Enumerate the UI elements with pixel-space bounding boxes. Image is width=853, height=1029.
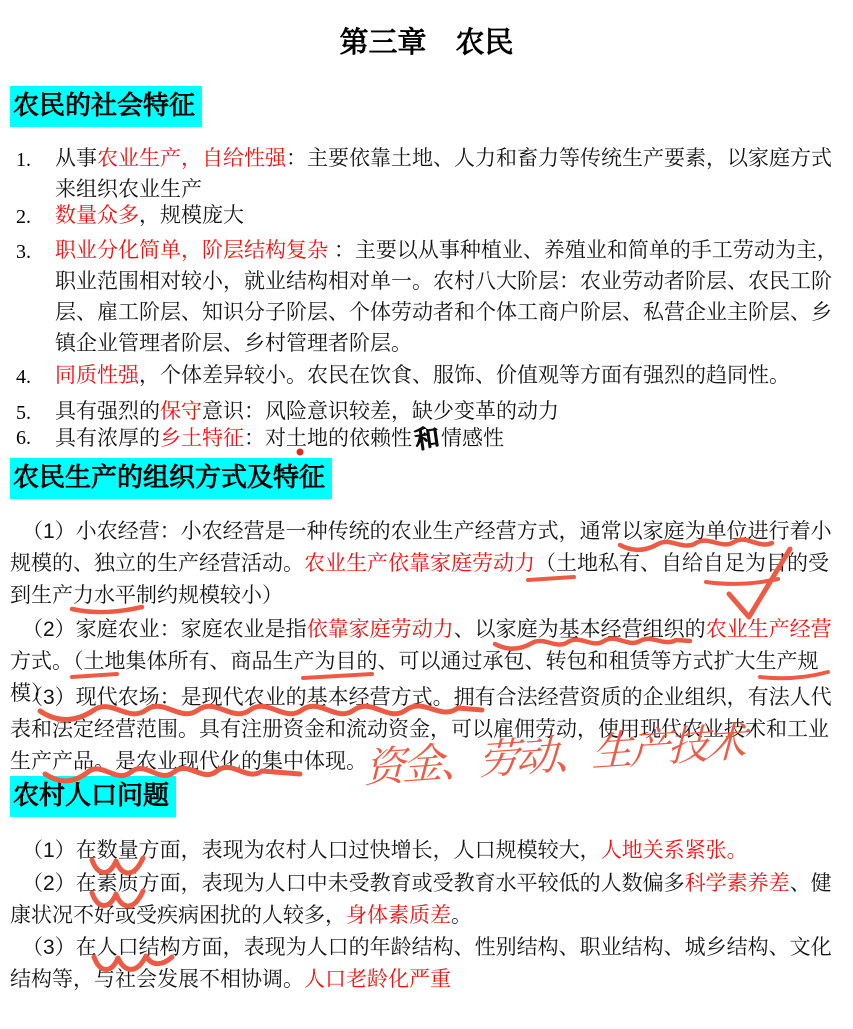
list-item-text: 同质性强，个体差异较小。农民在饮食、服饰、价值观等方面有强烈的趋同性。 (55, 364, 790, 387)
notes-page: 第三章 农民 农民的社会特征 1. 从事农业生产，自给性强：主要依靠土地、人力和… (0, 0, 853, 1029)
red-emphasis-text: 保守 (160, 400, 202, 423)
heading-social-traits: 农民的社会特征 (10, 86, 202, 127)
red-emphasis-text: 依靠家庭劳动力 (307, 618, 454, 641)
red-emphasis-text: 人地关系紧张。 (601, 839, 748, 862)
body-text: 从事 (55, 147, 97, 170)
red-emphasis-text: 农业生产经营 (706, 618, 832, 641)
list-item-number: 3. (16, 237, 31, 268)
list-item: 6. 具有浓厚的乡土特征：对土地的依赖性和情感性 (0, 421, 848, 454)
red-emphasis-text: 乡土特征 (160, 427, 244, 450)
red-emphasis-text: 农业生产，自给性强 (97, 147, 286, 170)
heading-production-modes: 农民生产的组织方式及特征 (10, 458, 332, 499)
body-text: 具有浓厚的 (55, 427, 160, 450)
paragraph-population-quality: （2）在素质方面，表现为人口中未受教育或受教育水平较低的人数偏多科学素养差、健康… (10, 868, 846, 932)
red-emphasis-text: 科学素养差 (685, 872, 790, 895)
red-emphasis-text: 同质性强 (55, 364, 139, 387)
body-text: （2）家庭农业：家庭农业是指 (22, 618, 307, 641)
body-text: （2）在素质方面，表现为人口中未受教育或受教育水平较低的人数偏多 (22, 872, 685, 895)
red-emphasis-text: 人口老龄化严重 (304, 968, 451, 991)
heading-social-traits-text: 农民的社会特征 (10, 86, 202, 127)
heading-rural-population: 农村人口问题 (10, 776, 176, 817)
paragraph-population-quantity: （1）在数量方面，表现为农村人口过快增长，人口规模较大，人地关系紧张。 (10, 835, 846, 867)
list-item-text: 具有浓厚的乡土特征：对土地的依赖性和情感性 (55, 427, 504, 450)
body-text: ：对土地的依赖性 (244, 427, 412, 450)
list-item: 2. 数量众多，规模庞大 (0, 200, 848, 231)
list-item-number: 1. (16, 145, 31, 176)
list-item: 1. 从事农业生产，自给性强：主要依靠土地、人力和畜力等传统生产要素，以家庭方式… (0, 143, 848, 205)
list-item-number: 6. (16, 423, 31, 454)
body-text: 、以家庭为基本经营组织的 (454, 618, 706, 641)
list-item-number: 4. (16, 362, 31, 393)
paragraph-population-structure: （3）在人口结构方面，表现为人口的年龄结构、性别结构、职业结构、城乡结构、文化结… (10, 932, 846, 996)
red-emphasis-text: 身体素质差 (346, 904, 451, 927)
list-item-text: 具有强烈的保守意识：风险意识较差，缺少变革的动力 (55, 400, 559, 423)
list-item-text: 从事农业生产，自给性强：主要依靠土地、人力和畜力等传统生产要素，以家庭方式来组织… (55, 147, 832, 201)
list-item: 3. 职业分化简单，阶层结构复杂 ：主要以从事种植业、养殖业和简单的手工劳动为主… (0, 235, 848, 359)
red-emphasis-text: 数量众多 (55, 204, 139, 227)
body-text: ，个体差异较小。农民在饮食、服饰、价值观等方面有强烈的趋同性。 (139, 364, 790, 387)
body-text: 情感性 (441, 427, 504, 450)
heading-rural-population-text: 农村人口问题 (10, 776, 176, 817)
body-text: 。 (451, 904, 472, 927)
body-text: 具有强烈的 (55, 400, 160, 423)
list-item-text: 职业分化简单，阶层结构复杂 ：主要以从事种植业、养殖业和简单的手工劳动为主，职业… (55, 239, 838, 355)
body-text: ，规模庞大 (139, 204, 244, 227)
body-text: 意识：风险意识较差，缺少变革的动力 (202, 400, 559, 423)
list-item-number: 2. (16, 202, 31, 233)
list-item-text: 数量众多，规模庞大 (55, 204, 244, 227)
red-emphasis-text: 农业生产依靠家庭劳动力 (304, 552, 535, 575)
page-title: 第三章 农民 (0, 20, 853, 61)
handwritten-char: 和 (412, 421, 441, 455)
body-text: （1）在数量方面，表现为农村人口过快增长，人口规模较大， (22, 839, 601, 862)
paragraph-small-farming: （1）小农经营：小农经营是一种传统的农业生产经营方式，通常以家庭为单位进行着小规… (10, 516, 846, 612)
red-emphasis-text: 职业分化简单，阶层结构复杂 (55, 239, 328, 262)
heading-production-modes-text: 农民生产的组织方式及特征 (10, 458, 332, 499)
list-item: 4. 同质性强，个体差异较小。农民在饮食、服饰、价值观等方面有强烈的趋同性。 (0, 360, 848, 391)
